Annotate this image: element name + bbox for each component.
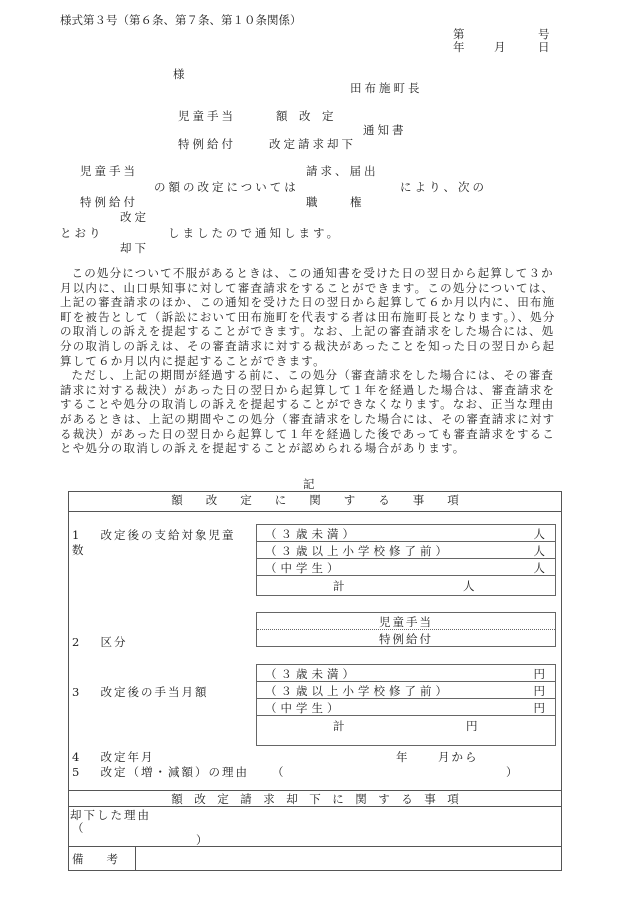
rejection-close-paren: ） bbox=[196, 833, 208, 847]
doc-number-prefix: 第 bbox=[453, 27, 465, 41]
appeal-notice: この処分について不服があるときは、この通知書を受けた日の翌日から起算して３か月以… bbox=[60, 266, 560, 456]
date-year: 年 bbox=[453, 40, 465, 54]
intro-notify: しましたので通知します。 bbox=[168, 226, 341, 240]
issuer: 田布施町長 bbox=[350, 81, 423, 95]
section2-header: 額 改 定 請 求 却 下 に 関 す る 事 項 bbox=[68, 792, 562, 806]
item2-category-box: 児童手当 特例給付 bbox=[256, 612, 556, 647]
section2-top-divider bbox=[68, 790, 562, 791]
item3-label: 3 改定後の手当月額 bbox=[72, 685, 208, 699]
item1-total-label: 計 bbox=[333, 579, 345, 593]
intro-revision: の額の改定については bbox=[154, 180, 299, 194]
remarks-column-divider bbox=[135, 846, 136, 871]
item1-row-junior-high: （中学生） 人 bbox=[257, 559, 555, 576]
item2-label: 2 区分 bbox=[72, 635, 127, 649]
item1-row-under3: （３歳未満） 人 bbox=[257, 525, 555, 542]
form-number: 様式第３号（第６条、第７条、第１０条関係） bbox=[60, 13, 302, 27]
item1-label-cont: 数 bbox=[72, 543, 84, 557]
section2-header-divider bbox=[68, 806, 562, 807]
rejection-open-paren: （ bbox=[72, 821, 84, 835]
date-month: 月 bbox=[494, 40, 506, 54]
item4-month-from: 月から bbox=[438, 750, 479, 764]
item3-row-under3: （３歳未満） 円 bbox=[257, 665, 555, 682]
item5-close-paren: ） bbox=[506, 765, 518, 779]
title-amount-revision: 額 改 定 bbox=[276, 109, 334, 123]
item1-children-box: （３歳未満） 人 （３歳以上小学校修了前） 人 （中学生） 人 計 人 bbox=[256, 524, 556, 596]
item4-label: 4 改定年月 bbox=[72, 750, 154, 764]
intro-rejected: 却下 bbox=[120, 241, 149, 255]
title-child-allowance: 児童手当 bbox=[178, 109, 236, 123]
intro-special-benefit: 特例給付 bbox=[80, 195, 138, 209]
intro-following: により、次の bbox=[400, 180, 487, 194]
remarks-label: 備 考 bbox=[72, 852, 118, 866]
item1-label: 1 改定後の支給対象児童 bbox=[72, 528, 235, 542]
intro-authority-1: 職 bbox=[306, 195, 318, 209]
section1-header-divider bbox=[68, 511, 562, 512]
item3-total-label: 計 bbox=[333, 719, 345, 733]
item3-row-3-to-elementary: （３歳以上小学校修了前） 円 bbox=[257, 682, 555, 699]
title-rejection: 改定請求却下 bbox=[269, 137, 356, 151]
appeal-paragraph-2: ただし、上記の期間が経過する前に、この処分（審査請求をした場合には、その審査請求… bbox=[60, 368, 560, 456]
item1-total-unit: 人 bbox=[463, 579, 475, 593]
intro-child-allowance: 児童手当 bbox=[80, 164, 138, 178]
intro-revised: 改定 bbox=[120, 210, 149, 224]
remarks-field[interactable] bbox=[140, 848, 558, 868]
remarks-divider bbox=[68, 846, 562, 847]
doc-number-suffix: 号 bbox=[538, 27, 550, 41]
item2-dotted-divider bbox=[257, 629, 555, 630]
item3-total-unit: 円 bbox=[466, 719, 478, 733]
intro-request: 請求、届出 bbox=[306, 164, 379, 178]
item2-option-child-allowance: 児童手当 bbox=[257, 614, 555, 630]
item4-year: 年 bbox=[396, 750, 408, 764]
rejection-reason-label: 却下した理由 bbox=[70, 808, 151, 822]
intro-as: とおり bbox=[60, 226, 104, 240]
date-day: 日 bbox=[538, 40, 550, 54]
addressee-suffix: 様 bbox=[173, 67, 185, 81]
item2-option-special-benefit: 特例給付 bbox=[257, 631, 555, 647]
intro-authority-2: 権 bbox=[350, 195, 362, 209]
title-notice: 通知書 bbox=[363, 123, 407, 137]
ki-mark: 記 bbox=[303, 477, 315, 491]
title-special-benefit: 特例給付 bbox=[178, 137, 236, 151]
section1-header: 額 改 定 に 関 す る 事 項 bbox=[68, 493, 562, 507]
item3-amount-box: （３歳未満） 円 （３歳以上小学校修了前） 円 （中学生） 円 計 円 bbox=[256, 664, 556, 746]
appeal-paragraph-1: この処分について不服があるときは、この通知書を受けた日の翌日から起算して３か月以… bbox=[60, 266, 560, 368]
item5-open-paren: （ bbox=[272, 765, 284, 779]
item3-row-junior-high: （中学生） 円 bbox=[257, 699, 555, 716]
item1-row-3-to-elementary: （３歳以上小学校修了前） 人 bbox=[257, 542, 555, 559]
item5-label: 5 改定（増・減額）の理由 bbox=[72, 765, 249, 779]
